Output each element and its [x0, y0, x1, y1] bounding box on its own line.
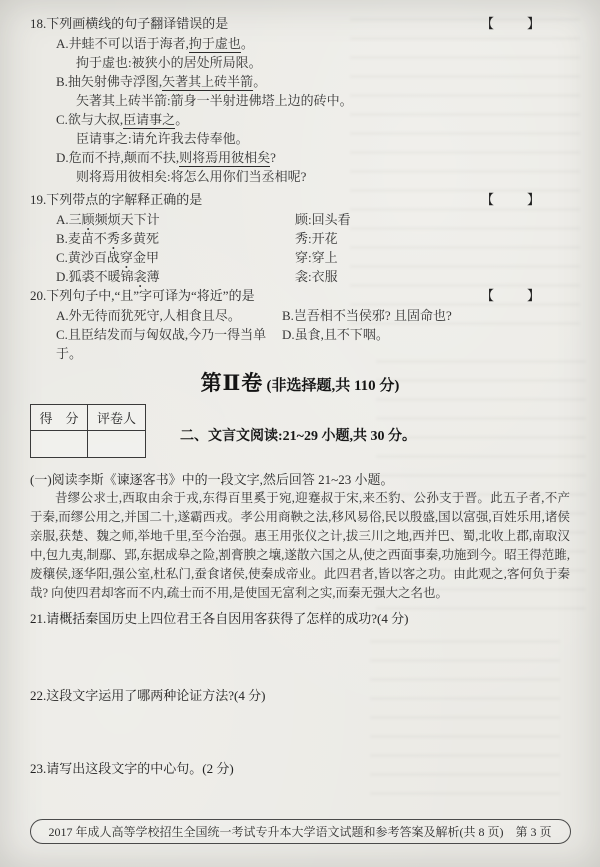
score-box-score-label: 得 分 — [31, 405, 88, 431]
question-19-option-a: A.三顾频烦天下计 顾:回头看 — [30, 210, 570, 229]
answer-bracket-20: 【 】 — [481, 286, 570, 306]
score-box-grader-field — [88, 431, 145, 457]
question-20-stem-row: 20.下列句子中,“且”字可译为“将近”的是 【 】 — [30, 286, 570, 306]
option-text: C.黄沙百战穿金甲 — [56, 248, 295, 267]
part-1-intro: (一)阅读李斯《谏逐客书》中的一段文字,然后回答 21~23 小题。 — [30, 470, 570, 489]
emphasis-dotted-char: 穿 — [120, 250, 133, 265]
question-20-stem: 20.下列句子中,“且”字可译为“将近”的是 — [30, 286, 255, 306]
score-box-grader-label: 评卷人 — [88, 405, 145, 431]
option-text: C.黄沙百战 — [56, 250, 120, 265]
option-text: B.麦苗不 — [56, 231, 107, 246]
question-18-note-d: 则将焉用彼相矣:将怎么用你们当丞相呢? — [30, 168, 570, 186]
page-content: 18.下列画横线的句子翻译错误的是 【 】 A.井蛙不可以语于海者,拘于虚也。 … — [30, 14, 570, 778]
question-22: 22.这段文字运用了哪两种论证方法?(4 分) — [30, 686, 570, 705]
question-23: 23.请写出这段文字的中心句。(2 分) — [30, 759, 570, 778]
option-text: A.井蛙不可以语于海者, — [56, 36, 189, 51]
gloss-text: 穿:穿上 — [295, 248, 570, 267]
gloss-text: 顾:回头看 — [295, 210, 570, 229]
question-20-options-row-1: A.外无待而犹死守,人相食且尽。 B.岂吾相不当侯邪? 且固命也? — [30, 306, 570, 325]
reading-passage: 昔缪公求士,西取由余于戎,东得百里奚于宛,迎蹇叔于宋,来丕豹、公孙支于晋。此五子… — [30, 489, 570, 603]
option-text: D.危而不持,颠而不扶, — [56, 150, 179, 165]
question-19: 19.下列带点的字解释正确的是 【 】 A.三顾频烦天下计 顾:回头看 B.麦苗… — [30, 190, 570, 286]
score-box: 得 分 评卷人 — [30, 404, 146, 458]
section-2-title-suffix: (非选择题,共 110 分) — [267, 378, 400, 394]
exam-paper-page: 18.下列画横线的句子翻译错误的是 【 】 A.井蛙不可以语于海者,拘于虚也。 … — [0, 0, 600, 867]
question-18-note-c: 臣请事之:请允许我去侍奉他。 — [30, 130, 570, 148]
question-19-stem-row: 19.下列带点的字解释正确的是 【 】 — [30, 190, 570, 210]
question-20-option-d: D.虽食,且不下咽。 — [282, 325, 570, 363]
option-text: 多黄死 — [120, 231, 159, 246]
answer-bracket-19: 【 】 — [481, 190, 570, 210]
section-2-title-row: 第Ⅱ卷 (非选择题,共 110 分) — [30, 369, 570, 400]
option-text: C.欲与大叔, — [56, 112, 123, 127]
question-20-options-row-2: C.且臣结发而与匈奴战,今乃一得当单于。 D.虽食,且不下咽。 — [30, 325, 570, 363]
option-text: 。 — [253, 74, 266, 89]
emphasis-dotted-char: 秀 — [107, 231, 120, 246]
option-text: 金甲 — [133, 250, 159, 265]
option-text: ? — [270, 150, 276, 165]
question-18-stem: 18.下列画横线的句子翻译错误的是 — [30, 14, 228, 34]
option-text: B.麦苗不秀多黄死 — [56, 229, 295, 248]
question-21: 21.请概括秦国历史上四位君王各自因用客获得了怎样的成功?(4 分) — [30, 609, 570, 628]
question-18-option-c: C.欲与大叔,臣请事之。 — [30, 110, 570, 130]
option-text: B.抽矢射佛寺浮图, — [56, 74, 162, 89]
option-text: 频烦天下计 — [95, 212, 160, 227]
option-text: 薄 — [147, 269, 160, 284]
underlined-phrase: 拘于虚也 — [189, 36, 241, 53]
question-19-stem: 19.下列带点的字解释正确的是 — [30, 190, 202, 210]
option-text: A.三 — [56, 212, 82, 227]
underlined-phrase: 矢著其上砖半箭 — [162, 74, 253, 91]
question-18-note-a: 拘于虚也:被狭小的居处所局限。 — [30, 54, 570, 72]
question-20-option-a: A.外无待而犹死守,人相食且尽。 — [56, 306, 282, 325]
page-footer: 2017 年成人高等学校招生全国统一考试专升本大学语文试题和参考答案及解析(共 … — [0, 819, 600, 844]
emphasis-dotted-char: 顾 — [82, 212, 95, 227]
underlined-phrase: 则将焉用彼相矣 — [179, 150, 270, 167]
question-18: 18.下列画横线的句子翻译错误的是 【 】 A.井蛙不可以语于海者,拘于虚也。 … — [30, 14, 570, 186]
question-18-note-b: 矢著其上砖半箭:箭身一半射进佛塔上边的砖中。 — [30, 92, 570, 110]
gloss-text: 秀:开花 — [295, 229, 570, 248]
underlined-phrase: 臣请事之 — [123, 112, 175, 129]
footer-text-box: 2017 年成人高等学校招生全国统一考试专升本大学语文试题和参考答案及解析(共 … — [30, 819, 571, 844]
question-20-option-c: C.且臣结发而与匈奴战,今乃一得当单于。 — [56, 325, 282, 363]
score-section-row: 得 分 评卷人 二、文言文阅读:21~29 小题,共 30 分。 — [30, 402, 570, 460]
question-19-option-b: B.麦苗不秀多黄死 秀:开花 — [30, 229, 570, 248]
question-20-option-b: B.岂吾相不当侯邪? 且固命也? — [282, 306, 570, 325]
question-18-option-b: B.抽矢射佛寺浮图,矢著其上砖半箭。 — [30, 72, 570, 92]
option-text: D.狐裘不暖锦 — [56, 269, 134, 284]
question-18-option-d: D.危而不持,颠而不扶,则将焉用彼相矣? — [30, 148, 570, 168]
question-18-stem-row: 18.下列画横线的句子翻译错误的是 【 】 — [30, 14, 570, 34]
question-19-option-c: C.黄沙百战穿金甲 穿:穿上 — [30, 248, 570, 267]
option-text: 。 — [175, 112, 188, 127]
option-text: 。 — [241, 36, 254, 51]
section-2-heading: 二、文言文阅读:21~29 小题,共 30 分。 — [180, 425, 416, 445]
gloss-text: 衾:衣服 — [295, 267, 570, 286]
section-2-title: 第Ⅱ卷 — [201, 371, 264, 395]
answer-bracket-18: 【 】 — [481, 14, 570, 34]
question-20: 20.下列句子中,“且”字可译为“将近”的是 【 】 A.外无待而犹死守,人相食… — [30, 286, 570, 363]
emphasis-dotted-char: 衾 — [134, 269, 147, 284]
question-19-option-d: D.狐裘不暖锦衾薄 衾:衣服 — [30, 267, 570, 286]
option-text: A.三顾频烦天下计 — [56, 210, 295, 229]
question-18-option-a: A.井蛙不可以语于海者,拘于虚也。 — [30, 34, 570, 54]
option-text: D.狐裘不暖锦衾薄 — [56, 267, 295, 286]
score-box-score-field — [31, 431, 88, 457]
